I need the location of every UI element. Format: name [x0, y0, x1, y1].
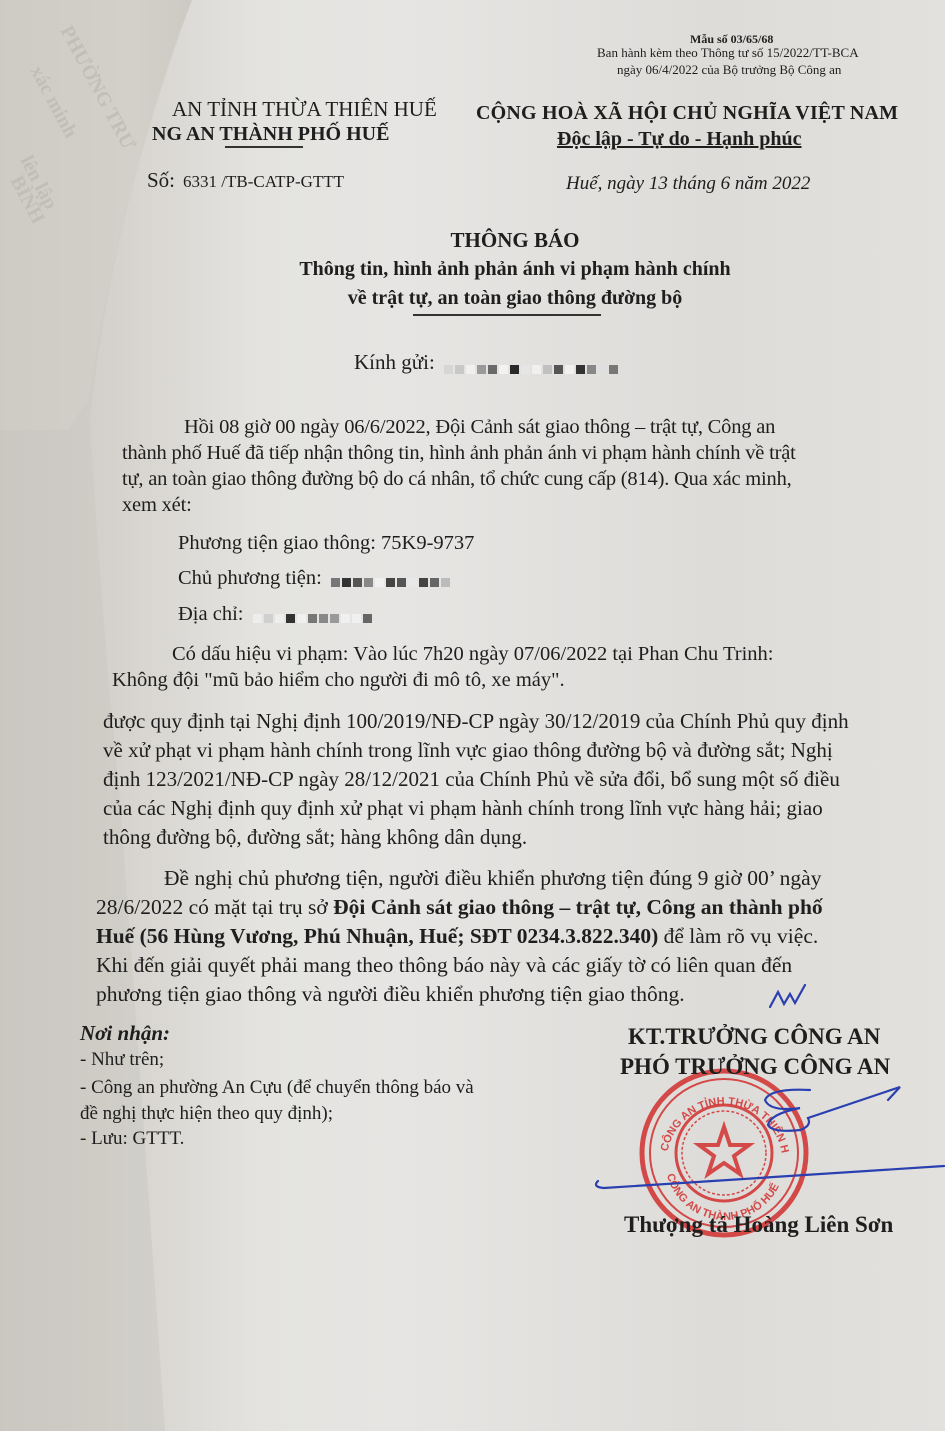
issuing-agency: NG AN THÀNH PHỐ HUẾ: [152, 123, 389, 146]
recipient-item: đề nghị thực hiện theo quy định);: [80, 1103, 333, 1125]
recipient: Kính gửi:: [354, 350, 620, 375]
place-date: Huế, ngày 13 tháng 6 năm 2022: [566, 173, 810, 195]
signature-title-line1: KT.TRƯỞNG CÔNG AN: [628, 1024, 880, 1050]
document-number-value: 6331 /TB-CATP-GTTT: [183, 172, 344, 191]
owner-field: Chủ phương tiện:: [178, 567, 452, 590]
violation-line: Không đội "mũ bảo hiểm cho người đi mô t…: [112, 667, 927, 693]
owner-label: Chủ phương tiện:: [178, 567, 322, 589]
legal-line: thông đường bộ, đường sắt; hàng không dâ…: [103, 823, 933, 852]
form-issued-line1: Ban hành kèm theo Thông tư số 15/2022/TT…: [597, 45, 859, 61]
signer-name: Thượng tá Hoàng Liên Sơn: [624, 1212, 893, 1238]
redacted-owner: [331, 570, 452, 588]
request-paragraph: Đề nghị chủ phương tiện, người điều khiể…: [96, 864, 941, 1009]
document-number: Số:6331 /TB-CATP-GTTT: [147, 168, 344, 193]
violation-paragraph: Có dấu hiệu vi phạm: Vào lúc 7h20 ngày 0…: [112, 641, 927, 693]
vehicle-label: Phương tiện giao thông:: [178, 532, 376, 554]
intro-line: thành phố Huế đã tiếp nhận thông tin, hì…: [122, 440, 912, 466]
request-line: phương tiện giao thông và người điều khi…: [96, 980, 941, 1009]
office-address: Huế (56 Hùng Vương, Phú Nhuận, Huế; SĐT …: [96, 924, 658, 948]
recipient-item: - Lưu: GTTT.: [80, 1128, 184, 1150]
request-text: để làm rõ vụ việc.: [658, 924, 818, 948]
notice-title: THÔNG BÁO: [0, 228, 945, 253]
recipient-item: - Như trên;: [80, 1049, 164, 1071]
redacted-recipient: [444, 355, 620, 373]
legal-basis-paragraph: được quy định tại Nghị định 100/2019/NĐ-…: [103, 707, 933, 852]
legal-line: về xử phạt vi phạm hành chính trong lĩnh…: [103, 736, 933, 765]
intro-line: Hồi 08 giờ 00 ngày 06/6/2022, Đội Cảnh s…: [122, 414, 912, 440]
signature-title-line2: PHÓ TRƯỞNG CÔNG AN: [620, 1054, 890, 1080]
request-line: Huế (56 Hùng Vương, Phú Nhuận, Huế; SĐT …: [96, 922, 941, 951]
violation-line: Có dấu hiệu vi phạm: Vào lúc 7h20 ngày 0…: [112, 641, 927, 667]
vehicle-field: Phương tiện giao thông: 75K9-9737: [178, 532, 474, 555]
legal-line: được quy định tại Nghị định 100/2019/NĐ-…: [103, 707, 933, 736]
form-issued-line2: ngày 06/4/2022 của Bộ trưởng Bộ Công an: [617, 62, 841, 78]
redacted-address: [253, 606, 374, 624]
agency-underline: [225, 146, 303, 148]
notice-subtitle-line1: Thông tin, hình ảnh phản ánh vi phạm hàn…: [0, 258, 945, 281]
parent-agency: AN TỈNH THỪA THIÊN HUẾ: [172, 97, 437, 122]
intro-line: xem xét:: [122, 492, 912, 518]
notice-subtitle-line2: về trật tự, an toàn giao thông đường bộ: [0, 287, 945, 310]
request-line: Khi đến giải quyết phải mang theo thông …: [96, 951, 941, 980]
request-text: 28/6/2022 có mặt tại trụ sở: [96, 895, 333, 919]
intro-line: tự, an toàn giao thông đường bộ do cá nh…: [122, 466, 912, 492]
legal-line: định 123/2021/NĐ-CP ngày 28/12/2021 của …: [103, 765, 933, 794]
address-field: Địa chỉ:: [178, 603, 374, 626]
address-label: Địa chỉ:: [178, 603, 243, 625]
legal-line: của các Nghị định quy định xử phạt vi ph…: [103, 794, 933, 823]
recipient-label: Kính gửi:: [354, 350, 435, 374]
recipients-title: Nơi nhận:: [80, 1021, 170, 1046]
star-icon: [699, 1127, 749, 1174]
intro-paragraph: Hồi 08 giờ 00 ngày 06/6/2022, Đội Cảnh s…: [122, 414, 912, 518]
national-title: CỘNG HOÀ XÃ HỘI CHỦ NGHĨA VIỆT NAM: [476, 102, 898, 125]
request-line: Đề nghị chủ phương tiện, người điều khiể…: [96, 864, 941, 893]
document-number-label: Số:: [147, 168, 175, 192]
request-line: 28/6/2022 có mặt tại trụ sở Đội Cảnh sát…: [96, 893, 941, 922]
recipient-item: - Công an phường An Cựu (để chuyển thông…: [80, 1077, 474, 1099]
national-motto: Độc lập - Tự do - Hạnh phúc: [557, 128, 801, 151]
office-name: Đội Cảnh sát giao thông – trật tự, Công …: [333, 895, 823, 919]
subtitle-underline: [413, 314, 601, 316]
vehicle-plate: 75K9-9737: [381, 532, 474, 554]
